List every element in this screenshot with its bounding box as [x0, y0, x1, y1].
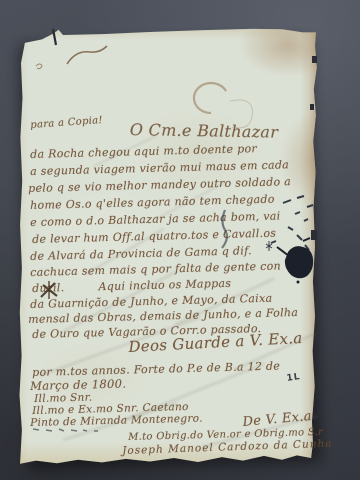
crescent-stain-icon	[194, 83, 253, 128]
bottom-ticks-icon	[33, 429, 98, 431]
ink-squiggle-icon	[36, 46, 107, 69]
ink-marks-layer	[0, 0, 360, 480]
ink-dashes-icon	[266, 196, 313, 251]
cross-mark-icon	[41, 281, 57, 299]
edge-chips-icon	[310, 56, 317, 240]
photo-background: para a Copia! O Cm.e Balthazar da Rocha …	[0, 0, 360, 480]
blue-smudge-icon	[222, 210, 227, 248]
ink-blot-icon	[277, 238, 313, 284]
top-edge-tick-icon	[53, 29, 56, 45]
